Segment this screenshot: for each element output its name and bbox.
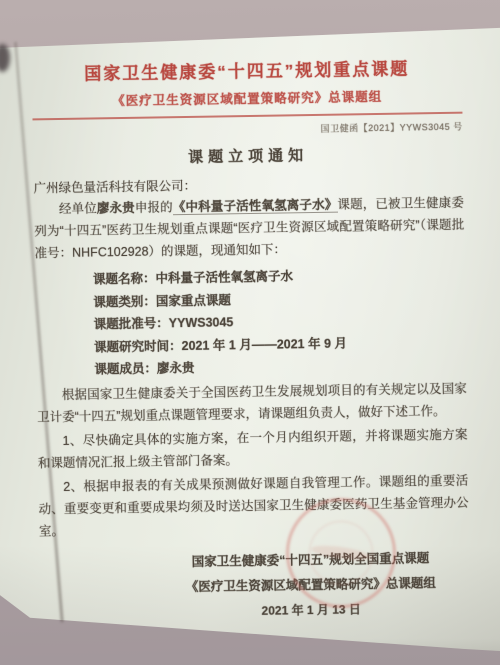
field-value: YYWS3045 bbox=[169, 315, 234, 330]
field-value: 国家重点课题 bbox=[156, 293, 231, 308]
field-label: 课题成员： bbox=[94, 361, 157, 376]
requirement-item-1: 1、尽快确定具体的实施方案，在一个月内组织开题，并将课题实施方案和课题情况汇报上… bbox=[37, 423, 468, 474]
field-label: 课题名称： bbox=[93, 271, 156, 286]
photo-of-document: 国家卫生健康委“十四五”规划重点课题 《医疗卫生资源区域配置策略研究》总课题组 … bbox=[0, 0, 500, 665]
field-value: 廖永贵 bbox=[157, 361, 195, 376]
notice-title: 课题立项通知 bbox=[33, 142, 463, 170]
signature-block: 国家卫生健康委“十四五”规划全国重点课题 《医疗卫生资源区域配置策略研究》总课题… bbox=[39, 545, 470, 627]
document-content: 国家卫生健康委“十四五”规划重点课题 《医疗卫生资源区域配置策略研究》总课题组 … bbox=[32, 54, 471, 627]
intro-paragraph: 经单位廖永贵申报的《中科量子活性氧氢离子水》课题，已被卫生健康委列为“十四五”医… bbox=[34, 192, 465, 265]
applicant-name: 廖永贵 bbox=[97, 201, 135, 216]
field-value: 2021 年 1 月——2021 年 9 月 bbox=[181, 336, 347, 353]
field-row-member: 课题成员：廖永贵 bbox=[94, 353, 466, 381]
requirements-paragraph: 根据国家卫生健康委关于全国医药卫生发展规划项目的有关规定以及国家卫计委“十四五”… bbox=[37, 377, 468, 428]
field-label: 课题类别： bbox=[93, 294, 156, 309]
intro-text-1: 经单位 bbox=[59, 201, 97, 216]
header-line2: 《医疗卫生资源区域配置策略研究》总课题组 bbox=[32, 86, 462, 111]
project-book-title: 《中科量子活性氧氢离子水》 bbox=[173, 198, 338, 216]
field-value: 中科量子活性氧氢离子水 bbox=[155, 269, 293, 285]
intro-text-2: 申报的 bbox=[135, 200, 173, 215]
requirement-item-2: 2、根据申报表的有关成果预测做好课题自我管理工作。课题组的重要活动、重要变更和重… bbox=[38, 469, 469, 542]
header-line1: 国家卫生健康委“十四五”规划重点课题 bbox=[32, 54, 462, 86]
red-divider bbox=[32, 112, 462, 121]
field-label: 课题研究时间： bbox=[94, 339, 182, 354]
doc-number: 国卫健函【2021】YYWS3045 号 bbox=[33, 120, 463, 140]
field-label: 课题批准号： bbox=[94, 316, 169, 331]
field-list: 课题名称：中科量子活性氧氢离子水 课题类别：国家重点课题 课题批准号：YYWS3… bbox=[93, 263, 467, 381]
